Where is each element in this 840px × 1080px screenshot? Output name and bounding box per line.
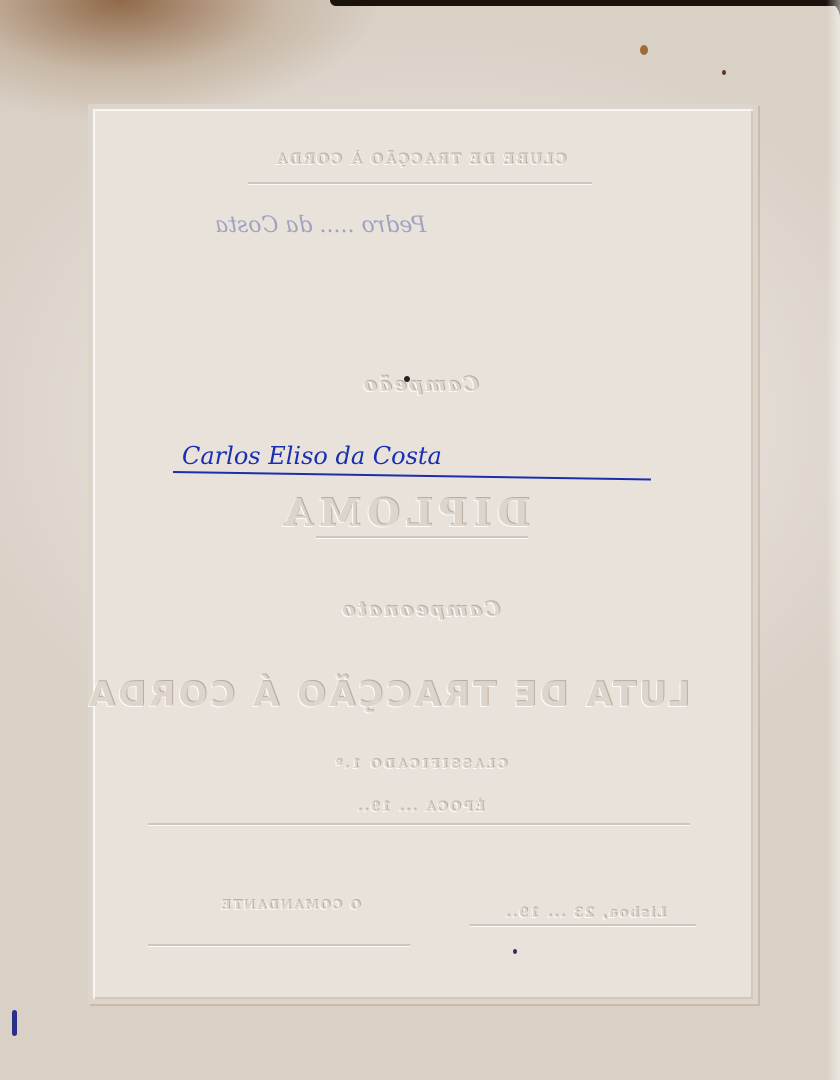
- stain: [640, 45, 648, 55]
- recipient-name-handwriting: Carlos Eliso da Costa: [182, 442, 442, 470]
- subtitle-emboss-text: Campeão: [300, 372, 540, 396]
- ink-dot: [513, 949, 517, 954]
- category-emboss-text: CLASSIFICADO 1.º: [290, 757, 550, 771]
- header-emboss-text: CLUBE DE TRACÇÃO À CORDA: [255, 152, 585, 168]
- signature-label-emboss: O COMANDANTE: [210, 898, 370, 912]
- stain: [722, 70, 726, 75]
- campeonato-emboss-text: Campeonato: [330, 597, 510, 621]
- diploma-paper: CLUBE DE TRACÇÃO À CORDA Pedro ..... da …: [0, 0, 840, 1080]
- diploma-title: DIPLOMA: [310, 490, 530, 535]
- date-emboss-text: Lisboa, 23 ... 19..: [470, 906, 700, 921]
- event-emboss-text: LUTA DE TRACÇÃO Á CORDA: [150, 675, 690, 715]
- header-rule: [248, 182, 592, 184]
- scan-edge: [330, 0, 840, 6]
- signature-rule: [148, 944, 410, 946]
- season-rule: [148, 823, 690, 825]
- title-rule: [316, 536, 528, 538]
- bleed-through-handwriting: Pedro ..... da Costa: [215, 213, 426, 238]
- date-rule: [470, 924, 696, 926]
- stain: [12, 1010, 17, 1036]
- embossed-border-frame: [88, 104, 758, 1004]
- season-emboss-text: ÉPOCA ... 19..: [270, 800, 570, 815]
- ink-dot: [404, 376, 410, 382]
